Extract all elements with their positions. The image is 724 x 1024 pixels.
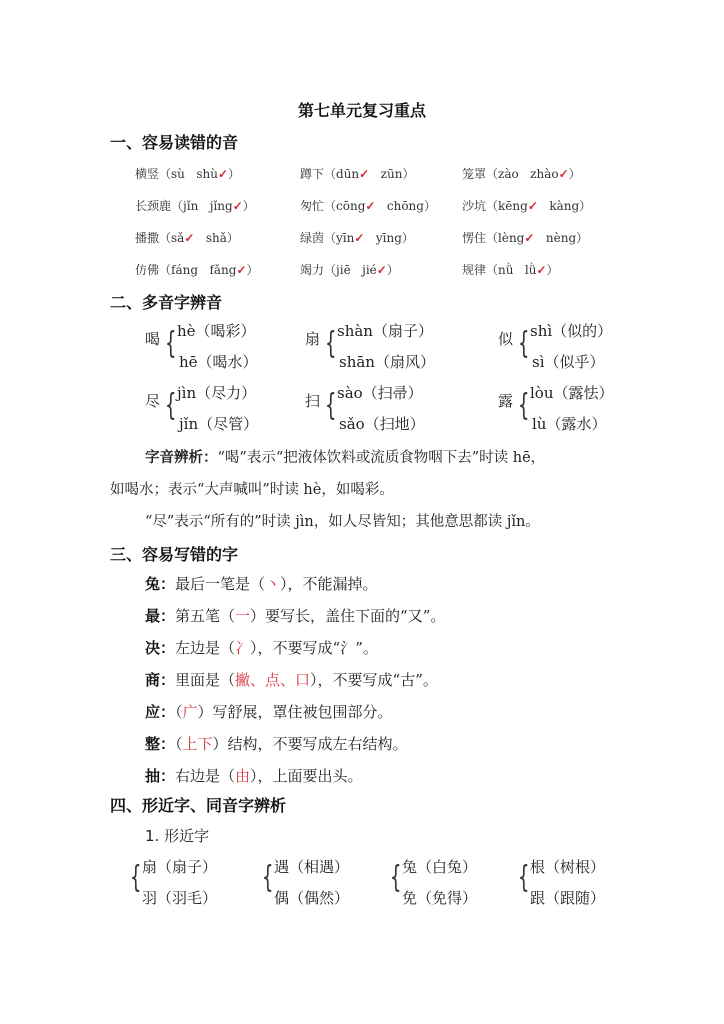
reading-2: shān（扇风）	[339, 351, 435, 372]
page-title: 第七单元复习重点	[0, 98, 724, 121]
highlight: 冫	[235, 639, 250, 657]
writing-rule: 整：（上下）结构，不要写成左右结构。	[145, 733, 408, 754]
check-icon: ✓	[536, 263, 546, 277]
brace-icon: {	[165, 386, 176, 426]
check-icon: ✓	[365, 199, 375, 213]
check-icon: ✓	[218, 167, 228, 181]
word: 长颈鹿	[135, 199, 171, 213]
reading-1: jìn（尽力）	[177, 382, 256, 403]
char-2: 跟（跟随）	[530, 887, 605, 908]
writing-rule: 商：里面是（撇、点、口），不要写成“古”。	[145, 669, 438, 690]
analysis-line-1: 字音辨析：“喝”表示“把液体饮料或流质食物咽下去”时读 hē，	[145, 446, 545, 467]
char-2: 羽（羽毛）	[142, 887, 217, 908]
word: 愣住	[462, 231, 486, 245]
reading-2: sì（似乎）	[532, 351, 605, 372]
word: 蹲下	[300, 167, 324, 181]
subheading-similar-chars: 1. 形近字	[145, 825, 209, 846]
analysis-line-2: 如喝水；表示“大声喊叫”时读 hè，如喝彩。	[110, 478, 394, 499]
writing-rule: 抽：右边是（由），上面要出头。	[145, 765, 363, 786]
pronunciation-item: 匆忙（cōng✓ chōng）	[300, 197, 436, 214]
check-icon: ✓	[528, 199, 538, 213]
pronunciation-item: 绿茵（yīn✓ yīng）	[300, 229, 414, 246]
char-1: 根（树根）	[530, 856, 605, 877]
word: 仿佛	[135, 263, 159, 277]
brace-icon: {	[325, 324, 336, 364]
reading-1: shì（似的）	[530, 320, 612, 341]
pronunciation-item: 规律（nǜ lǜ✓）	[462, 261, 559, 278]
char-1: 遇（相遇）	[274, 856, 349, 877]
polyphone-char: 扫	[305, 390, 320, 411]
writing-rule: 兔：最后一笔是（丶），不能漏掉。	[145, 573, 378, 594]
check-icon: ✓	[184, 231, 194, 245]
reading-2: lù（露水）	[532, 413, 606, 434]
check-icon: ✓	[236, 263, 246, 277]
rule-char: 整：	[145, 735, 175, 753]
brace-icon: {	[518, 386, 529, 426]
section-3-heading: 三、容易写错的字	[110, 542, 238, 565]
check-icon: ✓	[377, 263, 387, 277]
word: 匆忙	[300, 199, 324, 213]
reading-1: lòu（露怯）	[530, 382, 614, 403]
word: 绿茵	[300, 231, 324, 245]
rule-char: 兔：	[145, 575, 175, 593]
word: 沙坑	[462, 199, 486, 213]
writing-rule: 应：（广）写舒展，罩住被包围部分。	[145, 701, 393, 722]
pronunciation-item: 愣住（lèng✓ nèng）	[462, 229, 588, 246]
polyphone-char: 扇	[305, 328, 320, 349]
polyphone-char: 尽	[145, 390, 160, 411]
word: 竭力	[300, 263, 324, 277]
word: 笼罩	[462, 167, 486, 181]
highlight: 撇、点、口	[235, 671, 310, 689]
writing-rule: 最：第五笔（一）要写长，盖住下面的“又”。	[145, 605, 445, 626]
section-4-heading: 四、形近字、同音字辨析	[110, 793, 286, 816]
brace-icon: {	[518, 858, 529, 898]
pronunciation-item: 沙坑（kēng✓ kàng）	[462, 197, 591, 214]
check-icon: ✓	[354, 231, 364, 245]
analysis-label: 字音辨析：	[145, 450, 218, 466]
pronunciation-item: 横竖（sù shù✓）	[135, 165, 240, 182]
section-2-heading: 二、多音字辨音	[110, 290, 222, 313]
pronunciation-item: 仿佛（fáng fǎng✓）	[135, 261, 259, 278]
char-2: 免（免得）	[402, 887, 477, 908]
char-1: 扇（扇子）	[142, 856, 217, 877]
char-2: 偶（偶然）	[274, 887, 349, 908]
char-1: 兔（白兔）	[402, 856, 477, 877]
rule-char: 决：	[145, 639, 175, 657]
brace-icon: {	[518, 324, 529, 364]
reading-1: shàn（扇子）	[337, 320, 433, 341]
highlight: 丶	[265, 575, 280, 593]
polyphone-char: 似	[498, 328, 513, 349]
check-icon: ✓	[524, 231, 534, 245]
reading-2: hē（喝水）	[179, 351, 258, 372]
highlight: 广	[183, 703, 198, 721]
reading-2: jǐn（尽管）	[179, 413, 258, 434]
word: 规律	[462, 263, 486, 277]
pronunciation-item: 蹲下（dūn✓ zūn）	[300, 165, 414, 182]
highlight: 上下	[183, 735, 213, 753]
polyphone-char: 露	[498, 390, 513, 411]
writing-rule: 决：左边是（冫），不要写成“氵”。	[145, 637, 378, 658]
pronunciation-item: 长颈鹿（jǐn jǐng✓）	[135, 197, 255, 214]
check-icon: ✓	[359, 167, 369, 181]
reading-1: sào（扫帚）	[337, 382, 423, 403]
analysis-line-3: “尽”表示“所有的”时读 jìn，如人尽皆知；其他意思都读 jǐn。	[145, 510, 540, 531]
word: 横竖	[135, 167, 159, 181]
highlight: 由	[235, 767, 250, 785]
brace-icon: {	[390, 858, 401, 898]
check-icon: ✓	[559, 167, 569, 181]
check-icon: ✓	[233, 199, 243, 213]
reading-1: hè（喝彩）	[177, 320, 256, 341]
rule-char: 应：	[145, 703, 175, 721]
pronunciation-item: 笼罩（zào zhào✓）	[462, 165, 581, 182]
section-1-heading: 一、容易读错的音	[110, 130, 238, 153]
pronunciation-item: 竭力（jiē jié✓）	[300, 261, 399, 278]
brace-icon: {	[325, 386, 336, 426]
brace-icon: {	[262, 858, 273, 898]
highlight: 一	[235, 607, 250, 625]
rule-char: 抽：	[145, 767, 175, 785]
word: 播撒	[135, 231, 159, 245]
rule-char: 最：	[145, 607, 175, 625]
polyphone-char: 喝	[145, 328, 160, 349]
pronunciation-item: 播撒（sǎ✓ shǎ）	[135, 229, 239, 246]
brace-icon: {	[165, 324, 176, 364]
rule-char: 商：	[145, 671, 175, 689]
brace-icon: {	[130, 858, 141, 898]
reading-2: sǎo（扫地）	[339, 413, 425, 434]
